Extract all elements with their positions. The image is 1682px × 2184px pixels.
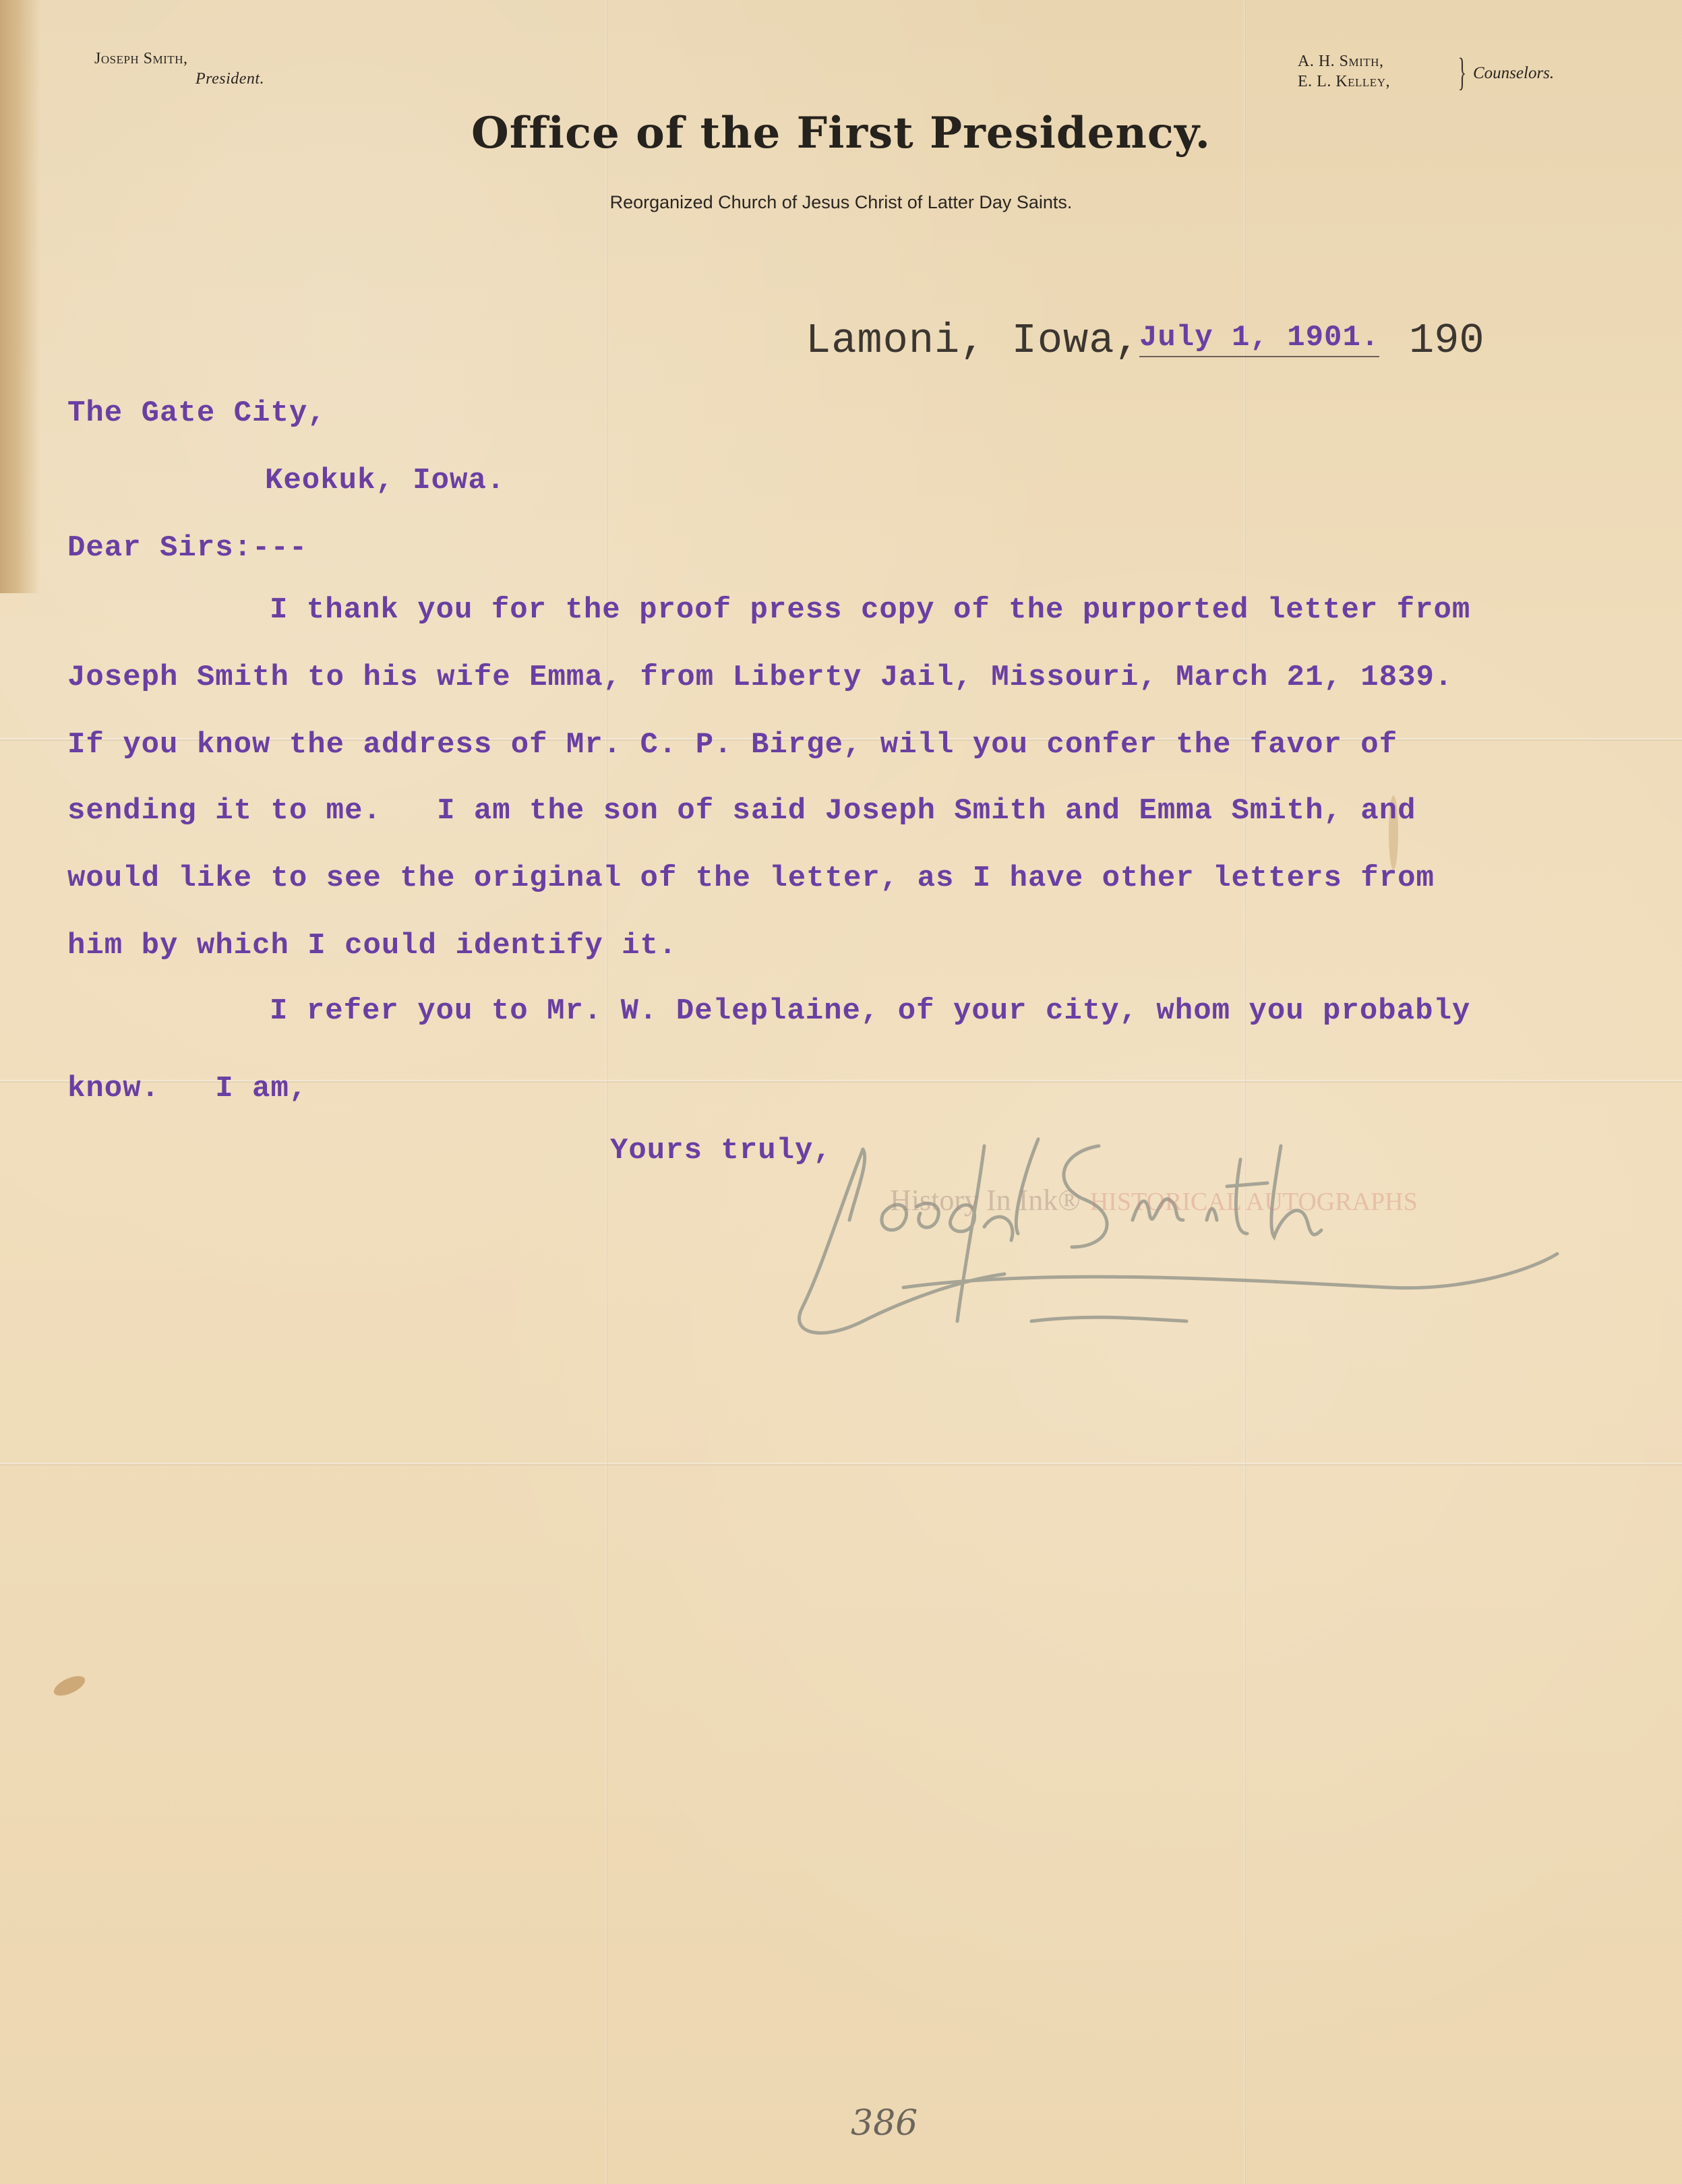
body-line: I thank you for the proof press copy of … — [270, 593, 1470, 627]
fold-line — [0, 1463, 1682, 1465]
letterhead-counselors: A. H. Smith, E. L. Kelley, — [1298, 51, 1390, 92]
office-title: Office of the First Presidency. — [0, 108, 1682, 158]
body-line: I refer you to Mr. W. Deleplaine, of you… — [270, 994, 1470, 1028]
body-line: would like to see the original of the le… — [67, 861, 1435, 895]
dateline-date: July 1, 1901. — [1139, 321, 1379, 357]
president-title: President. — [94, 69, 264, 89]
recipient-name: The Gate City, — [67, 396, 326, 430]
president-name: Joseph Smith, — [94, 49, 264, 69]
recipient-location: Keokuk, Iowa. — [265, 464, 505, 497]
watermark: History In Ink®HISTORICAL AUTOGRAPHS — [890, 1183, 1418, 1217]
printed-year-prefix: 190 — [1409, 317, 1484, 365]
pencil-note: 386 — [851, 2103, 918, 2144]
body-line: him by which I could identify it. — [67, 929, 677, 963]
counselor-name: E. L. Kelley, — [1298, 71, 1390, 92]
fold-line — [605, 0, 607, 2184]
signature-image — [782, 1119, 1625, 1341]
organization-name: Reorganized Church of Jesus Christ of La… — [0, 192, 1682, 213]
body-line: Joseph Smith to his wife Emma, from Libe… — [67, 661, 1453, 694]
watermark-brand: History In Ink® — [890, 1184, 1081, 1217]
dateline-place: Lamoni, Iowa, — [806, 317, 1141, 365]
body-line: know. I am, — [67, 1072, 307, 1105]
counselor-name: A. H. Smith, — [1298, 51, 1390, 71]
watermark-subtext: HISTORICAL AUTOGRAPHS — [1090, 1188, 1418, 1216]
body-line: sending it to me. I am the son of said J… — [67, 794, 1416, 828]
stain — [51, 1672, 88, 1699]
brace-icon: } — [1458, 53, 1467, 92]
edge-stain — [0, 0, 40, 593]
letterhead-president: Joseph Smith, President. — [94, 49, 264, 89]
counselors-label: Counselors. — [1473, 64, 1554, 83]
body-line: If you know the address of Mr. C. P. Bir… — [67, 728, 1398, 762]
salutation: Dear Sirs:--- — [67, 531, 307, 565]
